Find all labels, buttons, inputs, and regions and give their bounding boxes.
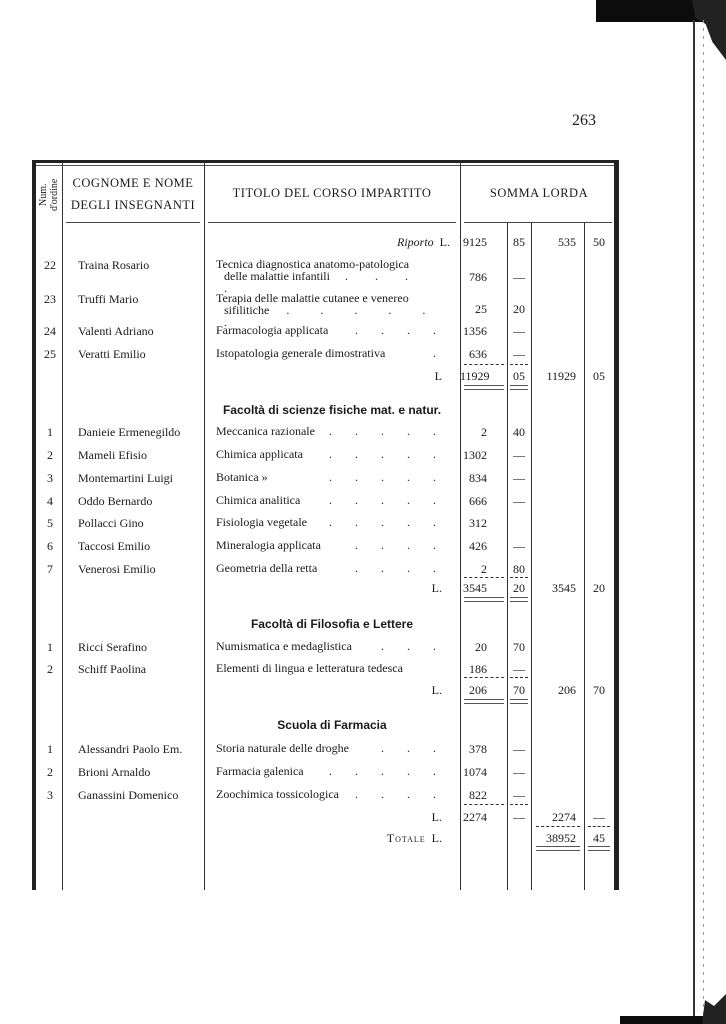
- course-text: Storia naturale delle droghe: [216, 741, 349, 755]
- row-cent: —: [507, 742, 531, 757]
- row-lire: 20: [460, 640, 487, 655]
- leader-dots: . . . .: [355, 324, 446, 336]
- table-top-rule: [32, 160, 619, 163]
- subtotal-total-cent: 20: [584, 581, 614, 596]
- riporto-total-lire: 535: [531, 235, 576, 250]
- riporto-lire: 9125: [460, 235, 487, 250]
- sum-rule: [536, 826, 580, 828]
- leader-dots: . . .: [381, 640, 446, 652]
- header-name: COGNOME E NOME DEGLI INSEGNANTI: [62, 172, 204, 216]
- row-num: 23: [38, 292, 62, 307]
- double-rule: [510, 597, 528, 602]
- subtotal-label: L.: [380, 683, 442, 698]
- row-cent: —: [507, 662, 531, 677]
- row-name: Montemartini Luigi: [78, 471, 204, 486]
- subtotal-cent: 70: [507, 683, 531, 698]
- sum-rule: [510, 804, 528, 806]
- row-name: Venerosi Emilio: [78, 562, 204, 577]
- course-text: Farmacologia applicata: [216, 323, 328, 337]
- subtotal-label: L.: [380, 581, 442, 596]
- leader-dots: . . . . .: [329, 425, 446, 437]
- grand-total-label-text: Totale: [387, 831, 426, 845]
- grand-total-label: Totale L.: [330, 831, 442, 846]
- course-text: Chimica applicata: [216, 447, 303, 461]
- section-title-scienze: Facoltà di scienze fisiche mat. e natur.: [204, 403, 460, 417]
- row-name: Pollacci Gino: [78, 516, 204, 531]
- subtotal-total-cent: 05: [584, 369, 614, 384]
- course-text: Geometria della retta: [216, 561, 317, 575]
- course-text: Farmacia galenica: [216, 764, 304, 778]
- row-name: Ricci Serafino: [78, 640, 204, 655]
- row-num: 2: [38, 448, 62, 463]
- row-course: Fisiologia vegetale. . . . .: [216, 516, 446, 528]
- row-cent: —: [507, 788, 531, 803]
- subtotal-label: L: [380, 369, 442, 384]
- subtotal-total-lire: 11929: [531, 369, 576, 384]
- course-line2-text: delle malattie infantili: [224, 269, 330, 283]
- row-course: Chimica applicata. . . . .: [216, 448, 446, 460]
- subtotal-cent: —: [507, 810, 531, 825]
- row-lire: 2: [460, 425, 487, 440]
- row-lire: 1074: [460, 765, 487, 780]
- riporto-total-cent: 50: [584, 235, 614, 250]
- row-cent: —: [507, 539, 531, 554]
- scan-artifact-edge: [693, 20, 695, 1020]
- leader-dots: .: [433, 347, 446, 359]
- row-lire: 822: [460, 788, 487, 803]
- row-num: 7: [38, 562, 62, 577]
- row-num: 5: [38, 516, 62, 531]
- row-name: Alessandri Paolo Em.: [78, 742, 204, 757]
- double-rule: [510, 385, 528, 390]
- double-rule: [510, 699, 528, 704]
- sum-rule: [464, 577, 504, 579]
- row-cent: 20: [507, 302, 531, 317]
- row-lire: 834: [460, 471, 487, 486]
- course-text: Mineralogia applicata: [216, 538, 321, 552]
- double-rule: [464, 597, 504, 602]
- row-name: Truffi Mario: [78, 292, 204, 307]
- sum-rule: [464, 677, 504, 679]
- row-lire: 312: [460, 516, 487, 531]
- row-num: 22: [38, 258, 62, 273]
- course-text: Zoochimica tossicologica: [216, 787, 339, 801]
- header-underline-name: [66, 222, 200, 223]
- row-course: Botanica ». . . . .: [216, 471, 446, 483]
- course-text: Chimica analitica: [216, 493, 300, 507]
- header-underline-course: [208, 222, 456, 223]
- row-num: 2: [38, 662, 62, 677]
- double-rule: [464, 385, 504, 390]
- subtotal-label: L.: [380, 810, 442, 825]
- row-num: 1: [38, 640, 62, 655]
- subtotal-total-cent: —: [584, 810, 614, 825]
- row-name: Ganassini Domenico: [78, 788, 204, 803]
- row-name: Mameli Efisio: [78, 448, 204, 463]
- course-text: Botanica »: [216, 470, 268, 484]
- row-name: Danieie Ermenegildo: [78, 425, 204, 440]
- row-cent: —: [507, 448, 531, 463]
- leader-dots: . . . .: [355, 788, 446, 800]
- leader-dots: . . .: [381, 742, 446, 754]
- sum-rule: [510, 577, 528, 579]
- row-lire: 378: [460, 742, 487, 757]
- row-name: Schiff Paolina: [78, 662, 204, 677]
- header-course: TITOLO DEL CORSO IMPARTITO: [204, 182, 460, 204]
- double-rule: [464, 699, 504, 704]
- row-cent: —: [507, 347, 531, 362]
- riporto-cent: 85: [507, 235, 531, 250]
- subtotal-total-cent: 70: [584, 683, 614, 698]
- row-lire: 186: [460, 662, 487, 677]
- header-name-line1: COGNOME E NOME: [62, 172, 204, 194]
- row-cent: —: [507, 270, 531, 285]
- col-divider-num: [62, 163, 63, 890]
- course-text: Fisiologia vegetale: [216, 515, 307, 529]
- row-name: Taccosi Emilio: [78, 539, 204, 554]
- scan-artifact-edge-dotted: [703, 20, 704, 1020]
- sum-rule: [464, 804, 504, 806]
- row-course: Zoochimica tossicologica. . . .: [216, 788, 446, 800]
- leader-dots: . . . .: [355, 539, 446, 551]
- header-num-ordine: Num. d'ordine: [38, 170, 62, 220]
- col-divider-total: [584, 222, 585, 890]
- row-cent: 70: [507, 640, 531, 655]
- section-title-filosofia: Facoltà di Filosofia e Lettere: [204, 617, 460, 631]
- scan-artifact-corner: [692, 0, 726, 60]
- row-name: Oddo Bernardo: [78, 494, 204, 509]
- col-divider-cent: [531, 222, 532, 890]
- row-cent: 40: [507, 425, 531, 440]
- row-num: 4: [38, 494, 62, 509]
- row-cent: —: [507, 324, 531, 339]
- subtotal-cent: 05: [507, 369, 531, 384]
- row-num: 3: [38, 788, 62, 803]
- subtotal-lire: 11929: [460, 369, 487, 384]
- col-divider-name: [204, 163, 205, 890]
- row-num: 3: [38, 471, 62, 486]
- row-course: Elementi di lingua e letteratura tedesca: [216, 662, 446, 674]
- row-lire: 1356: [460, 324, 487, 339]
- row-lire: 786: [460, 270, 487, 285]
- leader-dots: . . . . .: [329, 494, 446, 506]
- section-title-farmacia: Scuola di Farmacia: [204, 718, 460, 732]
- leader-dots: . . . . .: [329, 448, 446, 460]
- row-name: Brioni Arnaldo: [78, 765, 204, 780]
- row-name: Veratti Emilio: [78, 347, 204, 362]
- row-course: Geometria della retta. . . .: [216, 562, 446, 574]
- row-num: 2: [38, 765, 62, 780]
- header-sum: SOMMA LORDA: [460, 182, 618, 204]
- row-lire: 636: [460, 347, 487, 362]
- table-left-border: [32, 160, 36, 890]
- row-name: Traina Rosario: [78, 258, 204, 273]
- row-course: Meccanica razionale. . . . .: [216, 425, 446, 437]
- table-top-rule-inner: [36, 165, 614, 166]
- header-underline-sum: [464, 222, 612, 223]
- riporto-label: Riporto L.: [340, 235, 450, 250]
- row-course: Farmacologia applicata. . . .: [216, 324, 446, 336]
- sum-rule: [464, 364, 504, 366]
- row-course: Farmacia galenica. . . . .: [216, 765, 446, 777]
- row-course: Chimica analitica. . . . .: [216, 494, 446, 506]
- double-rule: [536, 846, 580, 851]
- sum-rule: [510, 677, 528, 679]
- subtotal-lire: 2274: [460, 810, 487, 825]
- sum-rule: [510, 364, 528, 366]
- leader-dots: . . . . .: [329, 471, 446, 483]
- course-text: Istopatologia generale dimostrativa: [216, 346, 385, 360]
- page-number: 263: [572, 112, 596, 130]
- row-lire: 1302: [460, 448, 487, 463]
- course-text: Numismatica e medaglistica: [216, 639, 352, 653]
- row-lire: 2: [460, 562, 487, 577]
- leader-dots: . . . .: [355, 562, 446, 574]
- grand-total-currency: L.: [432, 831, 442, 845]
- row-name: Valenti Adriano: [78, 324, 204, 339]
- row-lire: 666: [460, 494, 487, 509]
- subtotal-lire: 3545: [460, 581, 487, 596]
- row-lire: 25: [460, 302, 487, 317]
- row-num: 25: [38, 347, 62, 362]
- row-cent: —: [507, 765, 531, 780]
- row-cent: —: [507, 471, 531, 486]
- row-lire: 426: [460, 539, 487, 554]
- subtotal-total-lire: 2274: [531, 810, 576, 825]
- course-text: Meccanica razionale: [216, 424, 315, 438]
- grand-total-lire: 38952: [531, 831, 576, 846]
- subtotal-total-lire: 3545: [531, 581, 576, 596]
- subtotal-lire: 206: [460, 683, 487, 698]
- table-right-border: [614, 160, 619, 890]
- row-num: 24: [38, 324, 62, 339]
- header-name-line2: DEGLI INSEGNANTI: [62, 194, 204, 216]
- row-num: 1: [38, 742, 62, 757]
- row-course: Mineralogia applicata. . . .: [216, 539, 446, 551]
- double-rule: [588, 846, 610, 851]
- row-course: Storia naturale delle droghe. . .: [216, 742, 446, 754]
- leader-dots: . . . . .: [329, 765, 446, 777]
- row-course: Numismatica e medaglistica. . .: [216, 640, 446, 652]
- leader-dots: . . . . .: [329, 516, 446, 528]
- sum-rule: [588, 826, 610, 828]
- row-cent: 80: [507, 562, 531, 577]
- row-course: Tecnica diagnostica anatomo-patologica d…: [216, 258, 446, 294]
- row-num: 1: [38, 425, 62, 440]
- subtotal-total-lire: 206: [531, 683, 576, 698]
- row-course: Istopatologia generale dimostrativa.: [216, 347, 446, 359]
- grand-total-cent: 45: [584, 831, 614, 846]
- subtotal-cent: 20: [507, 581, 531, 596]
- row-cent: —: [507, 494, 531, 509]
- row-num: 6: [38, 539, 62, 554]
